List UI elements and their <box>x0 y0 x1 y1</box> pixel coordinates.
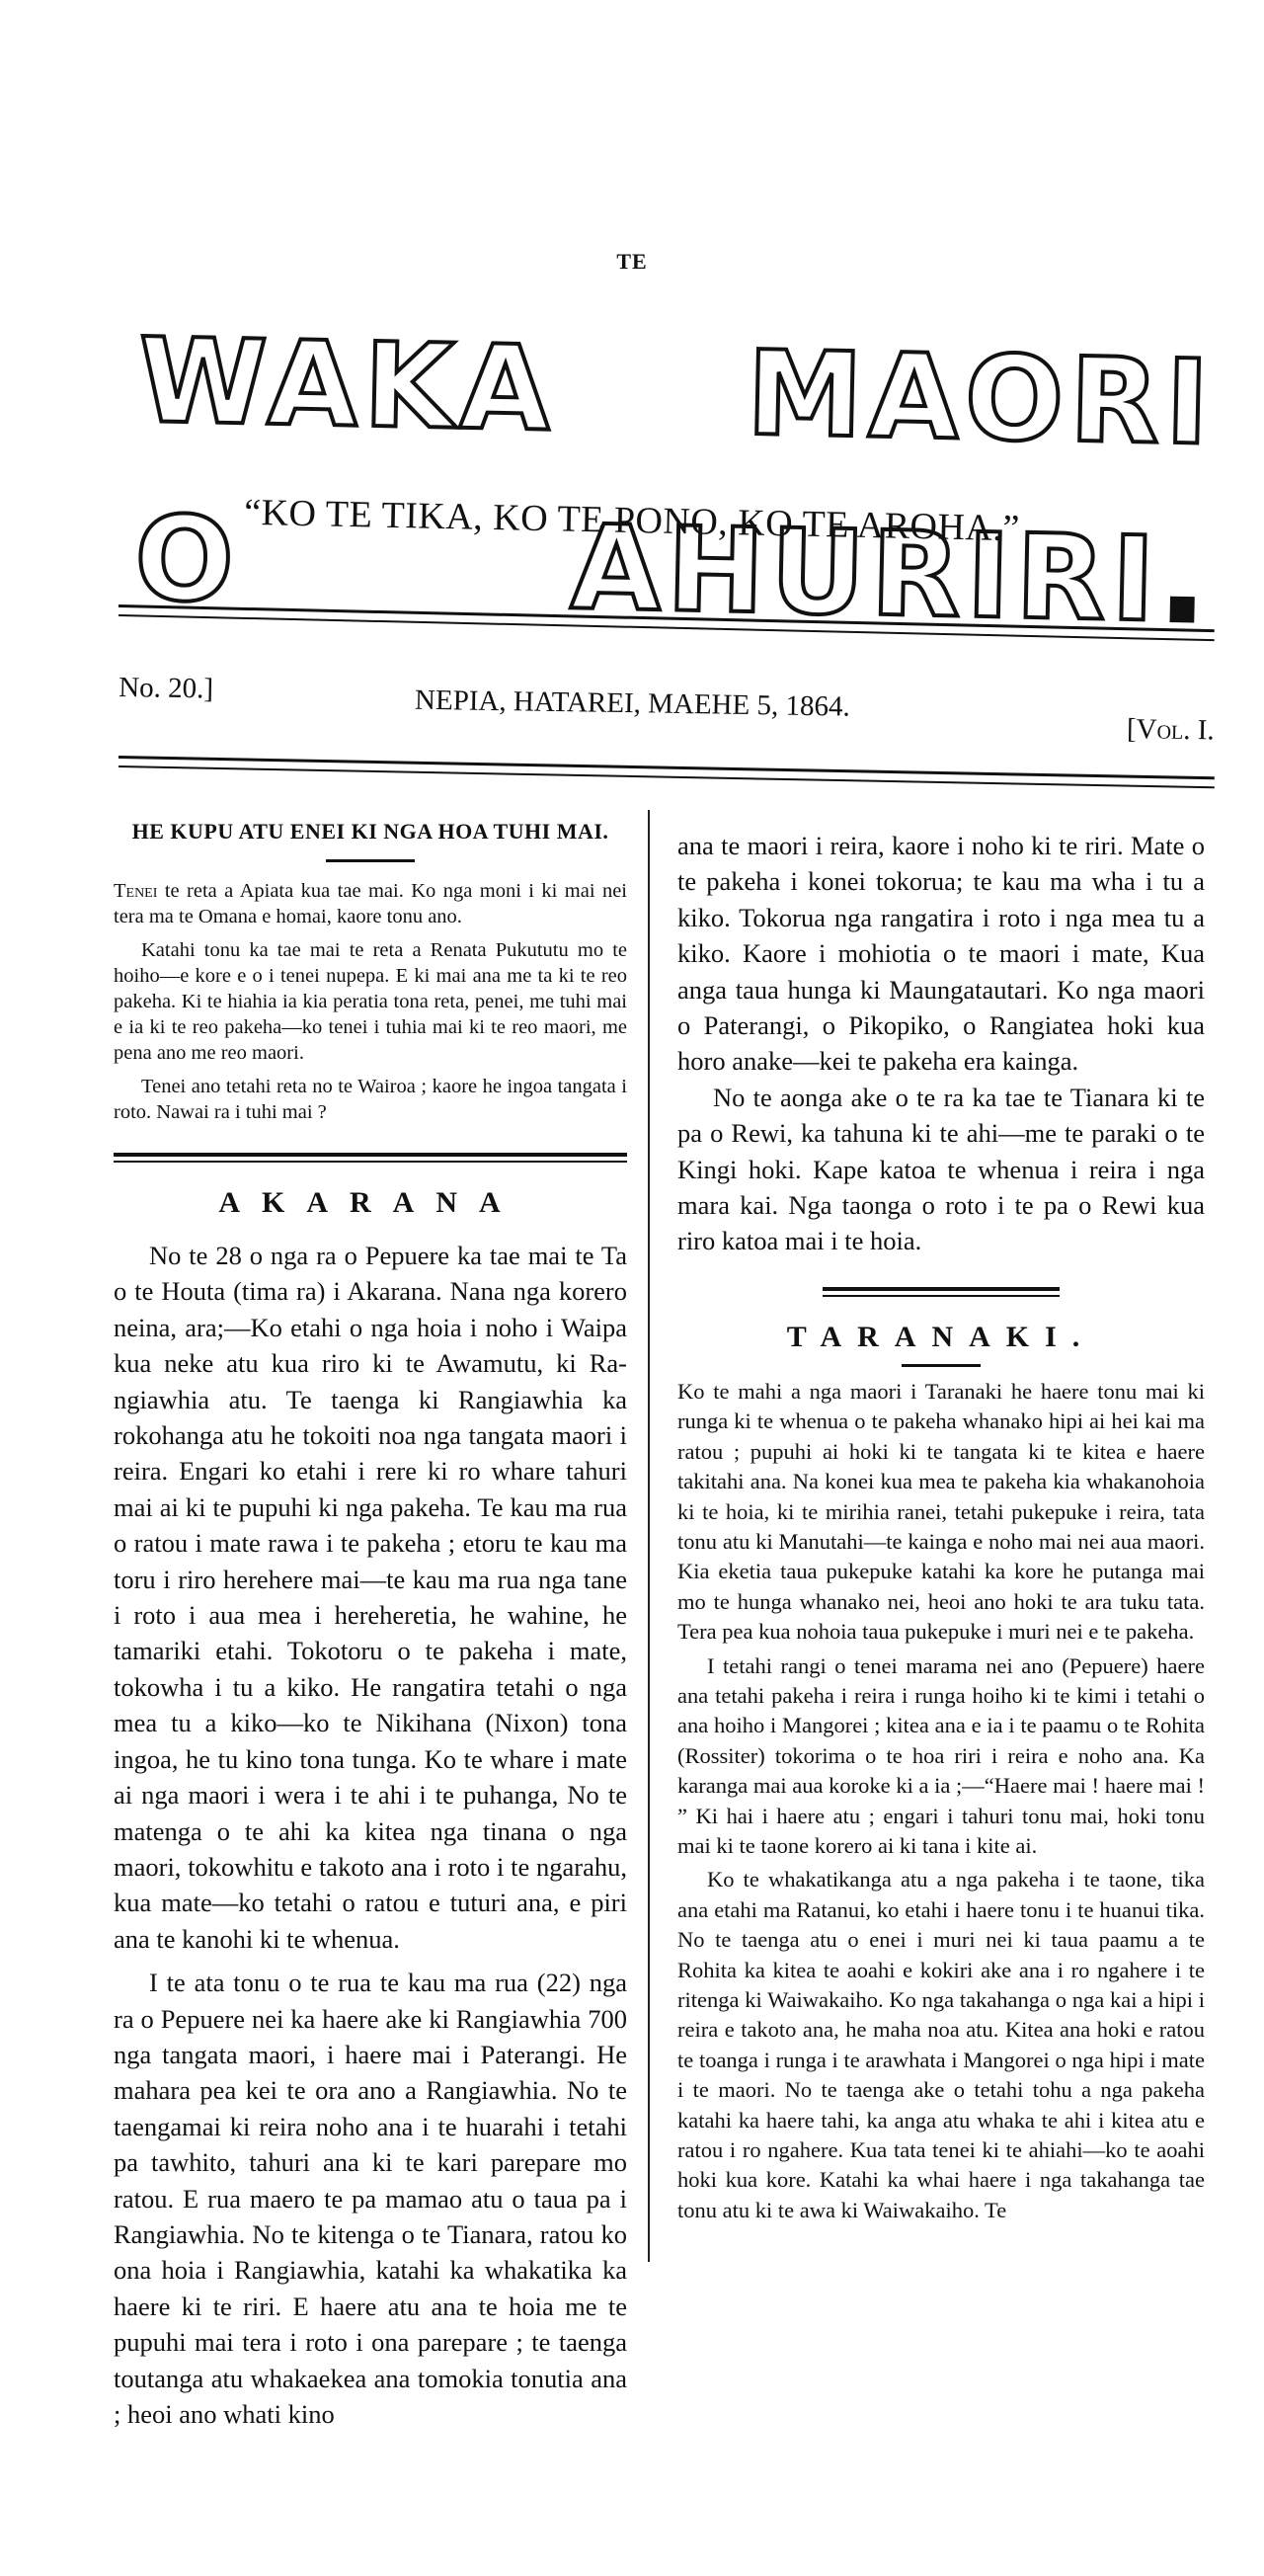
title-word: MAORI <box>746 325 1217 471</box>
akarana-continued: ana te maori i reira, kaore i noho ki te… <box>677 828 1205 1259</box>
section-double-rule <box>114 1153 627 1157</box>
volume-number: [Vol. I. <box>1127 713 1215 747</box>
taranaki-paragraph: Ko te whakatikanga atu a nga pakeha i te… <box>677 1865 1205 2225</box>
notice-heading: HE KUPU ATU ENEI KI NGA HOA TUHI MAI. <box>114 818 627 845</box>
notice-section: HE KUPU ATU ENEI KI NGA HOA TUHI MAI. Te… <box>114 818 627 1125</box>
left-column: HE KUPU ATU ENEI KI NGA HOA TUHI MAI. Te… <box>114 818 627 2432</box>
akarana-continued-paragraph: ana te maori i reira, kaore i noho ki te… <box>677 828 1205 1080</box>
taranaki-paragraph: I tetahi rangi o tenei marama nei ano (P… <box>677 1651 1205 1862</box>
akarana-section: AKARANA No te 28 o nga ra o Pepuere ka t… <box>114 1186 627 2432</box>
lead-word: Tenei <box>114 880 157 902</box>
short-rule <box>326 859 415 862</box>
title-word: WAKA <box>137 312 558 457</box>
akarana-continued-paragraph: No te aonga ake o te ra ka tae te Tianar… <box>677 1080 1205 1259</box>
place-date: NEPIA, HATAREI, MAEHE 5, 1864. <box>415 684 850 724</box>
notice-paragraph: Tenei te reta a Apiata kua tae mai. Ko n… <box>114 878 627 929</box>
taranaki-heading: TARANAKI. <box>677 1321 1205 1354</box>
taranaki-section: TARANAKI. Ko te mahi a nga maori i Taran… <box>677 1321 1205 2225</box>
akarana-paragraph: No te 28 o nga ra o Pepuere ka tae mai t… <box>114 1238 627 1957</box>
notice-paragraph: Tenei ano tetahi reta no te Wairoa ; kao… <box>114 1074 627 1125</box>
taranaki-paragraph: Ko te mahi a nga maori i Taranaki he hae… <box>677 1377 1205 1648</box>
right-column: ana te maori i reira, kaore i noho ki te… <box>677 828 1205 2225</box>
dateline: No. 20.] NEPIA, HATAREI, MAEHE 5, 1864. … <box>118 672 1216 748</box>
section-double-rule <box>823 1287 1060 1291</box>
column-divider <box>648 810 650 2262</box>
short-rule <box>902 1364 981 1367</box>
issue-number: No. 20.] <box>118 672 213 706</box>
akarana-paragraph: I te ata tonu o te rua te kau ma rua (22… <box>114 1965 627 2432</box>
masthead-pre-title: TE <box>0 249 1264 275</box>
akarana-heading: AKARANA <box>114 1186 627 1220</box>
masthead-title: WAKA MAORI O AHURIRI. <box>136 291 1217 512</box>
notice-paragraph: Katahi tonu ka tae mai te reta a Renata … <box>114 937 627 1066</box>
